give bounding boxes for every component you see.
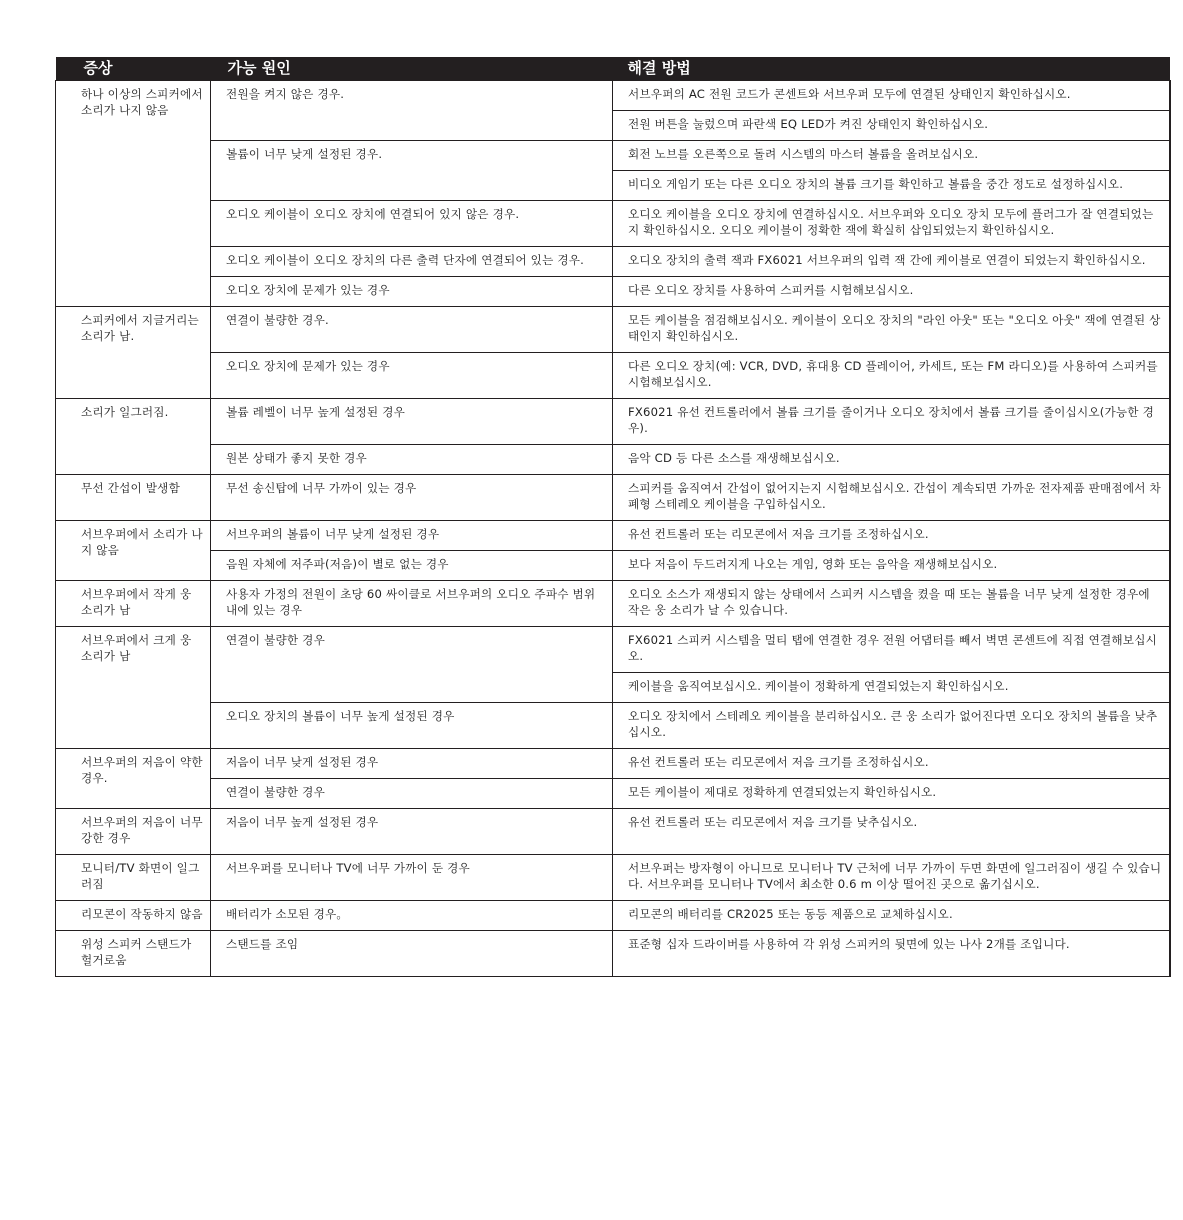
cause-cell: 저음이 너무 낮게 설정된 경우 <box>211 749 613 779</box>
header-solution: 해결 방법 <box>613 57 1170 81</box>
table-row: 무선 간섭이 발생함무선 송신탑에 너무 가까이 있는 경우스피커를 움직여서 … <box>56 475 1170 521</box>
solution-cell: 유선 컨트롤러 또는 리모콘에서 저음 크기를 조정하십시오. <box>613 521 1170 551</box>
header-symptom: 증상 <box>56 57 211 81</box>
table-row: 오디오 케이블이 오디오 장치의 다른 출력 단자에 연결되어 있는 경우.오디… <box>56 247 1170 277</box>
cause-cell: 오디오 케이블이 오디오 장치에 연결되어 있지 않은 경우. <box>211 201 613 247</box>
cause-cell: 오디오 장치에 문제가 있는 경우 <box>211 353 613 399</box>
table-row: 모니터/TV 화면이 일그러짐서브우퍼를 모니터나 TV에 너무 가까이 둔 경… <box>56 855 1170 901</box>
cause-cell: 볼륨이 너무 낮게 설정된 경우. <box>211 141 613 201</box>
cause-cell: 연결이 불량한 경우. <box>211 307 613 353</box>
solution-cell: 회전 노브를 오른쪽으로 돌려 시스템의 마스터 볼륨을 올려보십시오. <box>613 141 1170 171</box>
solution-cell: 오디오 장치에서 스테레오 케이블을 분리하십시오. 큰 웅 소리가 없어진다면… <box>613 703 1170 749</box>
solution-cell: 서브우퍼의 AC 전원 코드가 콘센트와 서브우퍼 모두에 연결된 상태인지 확… <box>613 81 1170 111</box>
symptom-cell: 스피커에서 지글거리는 소리가 남. <box>56 307 211 399</box>
troubleshooting-table: 증상 가능 원인 해결 방법 하나 이상의 스피커에서 소리가 나지 않음전원을… <box>55 57 1171 977</box>
cause-cell: 오디오 장치에 문제가 있는 경우 <box>211 277 613 307</box>
table-row: 서브우퍼에서 작게 웅 소리가 남사용자 가정의 전원이 초당 60 싸이클로 … <box>56 581 1170 627</box>
solution-cell: 다른 오디오 장치(예: VCR, DVD, 휴대용 CD 플레이어, 카세트,… <box>613 353 1170 399</box>
table-row: 스피커에서 지글거리는 소리가 남.연결이 불량한 경우.모든 케이블을 점검해… <box>56 307 1170 353</box>
table-row: 음원 자체에 저주파(저음)이 별로 없는 경우보다 저음이 두드러지게 나오는… <box>56 551 1170 581</box>
table-row: 볼륨이 너무 낮게 설정된 경우.회전 노브를 오른쪽으로 돌려 시스템의 마스… <box>56 141 1170 171</box>
cause-cell: 원본 상태가 좋지 못한 경우 <box>211 445 613 475</box>
table-row: 하나 이상의 스피커에서 소리가 나지 않음전원을 켜지 않은 경우.서브우퍼의… <box>56 81 1170 111</box>
cause-cell: 음원 자체에 저주파(저음)이 별로 없는 경우 <box>211 551 613 581</box>
cause-cell: 사용자 가정의 전원이 초당 60 싸이클로 서브우퍼의 오디오 주파수 범위 … <box>211 581 613 627</box>
cause-cell: 연결이 불량한 경우 <box>211 779 613 809</box>
table-row: 원본 상태가 좋지 못한 경우음악 CD 등 다른 소스를 재생해보십시오. <box>56 445 1170 475</box>
solution-cell: 유선 컨트롤러 또는 리모콘에서 저음 크기를 낮추십시오. <box>613 809 1170 855</box>
table-row: 연결이 불량한 경우모든 케이블이 제대로 정확하게 연결되었는지 확인하십시오… <box>56 779 1170 809</box>
table-row: 소리가 일그러짐.볼륨 레벨이 너무 높게 설정된 경우FX6021 유선 컨트… <box>56 399 1170 445</box>
table-body: 하나 이상의 스피커에서 소리가 나지 않음전원을 켜지 않은 경우.서브우퍼의… <box>56 81 1170 977</box>
symptom-cell: 하나 이상의 스피커에서 소리가 나지 않음 <box>56 81 211 307</box>
table-row: 오디오 장치에 문제가 있는 경우다른 오디오 장치를 사용하여 스피커를 시험… <box>56 277 1170 307</box>
table-row: 리모콘이 작동하지 않음배터리가 소모된 경우。리모콘의 배터리를 CR2025… <box>56 901 1170 931</box>
symptom-cell: 서브우퍼의 저음이 약한 경우. <box>56 749 211 809</box>
solution-cell: 표준형 십자 드라이버를 사용하여 각 위성 스피커의 뒷면에 있는 나사 2개… <box>613 931 1170 977</box>
symptom-cell: 서브우퍼에서 크게 웅 소리가 남 <box>56 627 211 749</box>
cause-cell: 서브우퍼의 볼륨이 너무 낮게 설정된 경우 <box>211 521 613 551</box>
solution-cell: 다른 오디오 장치를 사용하여 스피커를 시험해보십시오. <box>613 277 1170 307</box>
solution-cell: 오디오 케이블을 오디오 장치에 연결하십시오. 서브우퍼와 오디오 장치 모두… <box>613 201 1170 247</box>
solution-cell: 전원 버튼을 눌렀으며 파란색 EQ LED가 켜진 상태인지 확인하십시오. <box>613 111 1170 141</box>
solution-cell: 비디오 게임기 또는 다른 오디오 장치의 볼륨 크기를 확인하고 볼륨을 중간… <box>613 171 1170 201</box>
solution-cell: FX6021 유선 컨트롤러에서 볼륨 크기를 줄이거나 오디오 장치에서 볼륨… <box>613 399 1170 445</box>
cause-cell: 전원을 켜지 않은 경우. <box>211 81 613 141</box>
cause-cell: 오디오 케이블이 오디오 장치의 다른 출력 단자에 연결되어 있는 경우. <box>211 247 613 277</box>
symptom-cell: 위성 스피커 스탠드가 헐거로움 <box>56 931 211 977</box>
solution-cell: 모든 케이블을 점검해보십시오. 케이블이 오디오 장치의 "라인 아웃" 또는… <box>613 307 1170 353</box>
table-row: 오디오 장치에 문제가 있는 경우다른 오디오 장치(예: VCR, DVD, … <box>56 353 1170 399</box>
solution-cell: 오디오 장치의 출력 잭과 FX6021 서브우퍼의 입력 잭 간에 케이블로 … <box>613 247 1170 277</box>
solution-cell: 음악 CD 등 다른 소스를 재생해보십시오. <box>613 445 1170 475</box>
solution-cell: FX6021 스피커 시스템을 멀티 탭에 연결한 경우 전원 어댑터를 빼서 … <box>613 627 1170 673</box>
symptom-cell: 소리가 일그러짐. <box>56 399 211 475</box>
symptom-cell: 리모콘이 작동하지 않음 <box>56 901 211 931</box>
symptom-cell: 서브우퍼에서 소리가 나지 않음 <box>56 521 211 581</box>
table-row: 서브우퍼의 저음이 너무 강한 경우저음이 너무 높게 설정된 경우유선 컨트롤… <box>56 809 1170 855</box>
header-cause: 가능 원인 <box>211 57 613 81</box>
table-row: 서브우퍼에서 크게 웅 소리가 남연결이 불량한 경우FX6021 스피커 시스… <box>56 627 1170 673</box>
cause-cell: 무선 송신탑에 너무 가까이 있는 경우 <box>211 475 613 521</box>
cause-cell: 연결이 불량한 경우 <box>211 627 613 703</box>
cause-cell: 오디오 장치의 볼륨이 너무 높게 설정된 경우 <box>211 703 613 749</box>
cause-cell: 스탠드를 조임 <box>211 931 613 977</box>
table-row: 위성 스피커 스탠드가 헐거로움스탠드를 조임표준형 십자 드라이버를 사용하여… <box>56 931 1170 977</box>
solution-cell: 모든 케이블이 제대로 정확하게 연결되었는지 확인하십시오. <box>613 779 1170 809</box>
table-row: 오디오 케이블이 오디오 장치에 연결되어 있지 않은 경우.오디오 케이블을 … <box>56 201 1170 247</box>
symptom-cell: 모니터/TV 화면이 일그러짐 <box>56 855 211 901</box>
symptom-cell: 서브우퍼에서 작게 웅 소리가 남 <box>56 581 211 627</box>
table-header-row: 증상 가능 원인 해결 방법 <box>56 57 1170 81</box>
cause-cell: 저음이 너무 높게 설정된 경우 <box>211 809 613 855</box>
solution-cell: 서브우퍼는 방자형이 아니므로 모니터나 TV 근처에 너무 가까이 두면 화면… <box>613 855 1170 901</box>
cause-cell: 서브우퍼를 모니터나 TV에 너무 가까이 둔 경우 <box>211 855 613 901</box>
solution-cell: 오디오 소스가 재생되지 않는 상태에서 스피커 시스템을 켰을 때 또는 볼륨… <box>613 581 1170 627</box>
solution-cell: 보다 저음이 두드러지게 나오는 게임, 영화 또는 음악을 재생해보십시오. <box>613 551 1170 581</box>
table-row: 서브우퍼의 저음이 약한 경우.저음이 너무 낮게 설정된 경우유선 컨트롤러 … <box>56 749 1170 779</box>
solution-cell: 리모콘의 배터리를 CR2025 또는 동등 제품으로 교체하십시오. <box>613 901 1170 931</box>
solution-cell: 스피커를 움직여서 간섭이 없어지는지 시험해보십시오. 간섭이 계속되면 가까… <box>613 475 1170 521</box>
table-row: 오디오 장치의 볼륨이 너무 높게 설정된 경우오디오 장치에서 스테레오 케이… <box>56 703 1170 749</box>
symptom-cell: 서브우퍼의 저음이 너무 강한 경우 <box>56 809 211 855</box>
table-row: 서브우퍼에서 소리가 나지 않음서브우퍼의 볼륨이 너무 낮게 설정된 경우유선… <box>56 521 1170 551</box>
solution-cell: 유선 컨트롤러 또는 리모콘에서 저음 크기를 조정하십시오. <box>613 749 1170 779</box>
solution-cell: 케이블을 움직여보십시오. 케이블이 정확하게 연결되었는지 확인하십시오. <box>613 673 1170 703</box>
cause-cell: 볼륨 레벨이 너무 높게 설정된 경우 <box>211 399 613 445</box>
symptom-cell: 무선 간섭이 발생함 <box>56 475 211 521</box>
cause-cell: 배터리가 소모된 경우。 <box>211 901 613 931</box>
